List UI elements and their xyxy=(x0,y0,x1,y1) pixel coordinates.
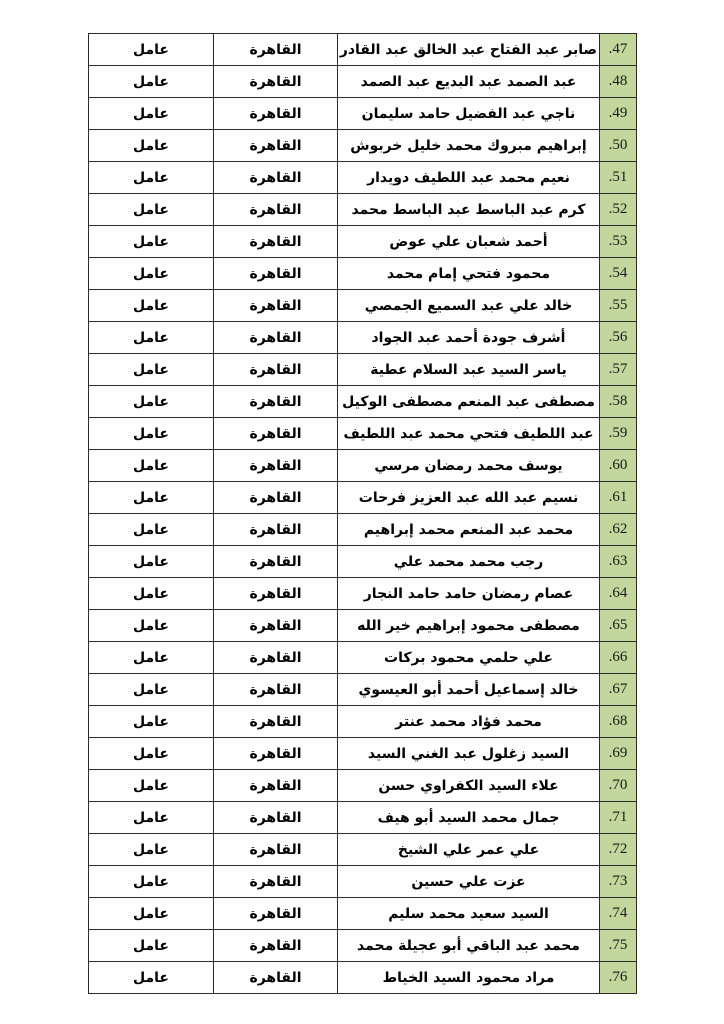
city-cell: القاهرة xyxy=(214,34,338,66)
row-number-cell: .48 xyxy=(600,66,637,98)
role-cell: عامل xyxy=(89,386,214,418)
role-cell: عامل xyxy=(89,642,214,674)
table-row: .69السيد زغلول عبد الغني السيدالقاهرةعام… xyxy=(89,738,637,770)
name-cell: محمد عبد المنعم محمد إبراهيم xyxy=(338,514,600,546)
name-cell: علي عمر علي الشيخ xyxy=(338,834,600,866)
table-row: .60يوسف محمد رمضان مرسيالقاهرةعامل xyxy=(89,450,637,482)
role-cell: عامل xyxy=(89,450,214,482)
table-row: .49ناجي عبد الفضيل حامد سليمانالقاهرةعام… xyxy=(89,98,637,130)
row-number-cell: .54 xyxy=(600,258,637,290)
role-cell: عامل xyxy=(89,418,214,450)
name-cell: السيد سعيد محمد سليم xyxy=(338,898,600,930)
table-row: .51نعيم محمد عبد اللطيف دويدارالقاهرةعام… xyxy=(89,162,637,194)
name-cell: السيد زغلول عبد الغني السيد xyxy=(338,738,600,770)
city-cell: القاهرة xyxy=(214,834,338,866)
name-cell: محمد عبد الباقي أبو عجيلة محمد xyxy=(338,930,600,962)
row-number-cell: .72 xyxy=(600,834,637,866)
row-number-cell: .64 xyxy=(600,578,637,610)
table-row: .67خالد إسماعيل أحمد أبو العيسويالقاهرةع… xyxy=(89,674,637,706)
city-cell: القاهرة xyxy=(214,258,338,290)
table-row: .70علاء السيد الكفراوي حسنالقاهرةعامل xyxy=(89,770,637,802)
row-number-cell: .67 xyxy=(600,674,637,706)
role-cell: عامل xyxy=(89,706,214,738)
city-cell: القاهرة xyxy=(214,290,338,322)
city-cell: القاهرة xyxy=(214,386,338,418)
name-cell: جمال محمد السيد أبو هيف xyxy=(338,802,600,834)
role-cell: عامل xyxy=(89,66,214,98)
table-row: .75محمد عبد الباقي أبو عجيلة محمدالقاهرة… xyxy=(89,930,637,962)
city-cell: القاهرة xyxy=(214,866,338,898)
role-cell: عامل xyxy=(89,194,214,226)
table-row: .47صابر عبد الفتاح عبد الخالق عبد القادر… xyxy=(89,34,637,66)
city-cell: القاهرة xyxy=(214,546,338,578)
table-row: .48عبد الصمد عبد البديع عبد الصمدالقاهرة… xyxy=(89,66,637,98)
name-cell: نسيم عبد الله عبد العزيز فرحات xyxy=(338,482,600,514)
name-cell: عبد الصمد عبد البديع عبد الصمد xyxy=(338,66,600,98)
role-cell: عامل xyxy=(89,834,214,866)
city-cell: القاهرة xyxy=(214,450,338,482)
row-number-cell: .66 xyxy=(600,642,637,674)
city-cell: القاهرة xyxy=(214,482,338,514)
row-number-cell: .73 xyxy=(600,866,637,898)
row-number-cell: .51 xyxy=(600,162,637,194)
role-cell: عامل xyxy=(89,354,214,386)
role-cell: عامل xyxy=(89,226,214,258)
city-cell: القاهرة xyxy=(214,514,338,546)
city-cell: القاهرة xyxy=(214,578,338,610)
name-cell: عبد اللطيف فتحي محمد عبد اللطيف xyxy=(338,418,600,450)
table-row: .57ياسر السيد عبد السلام عطيةالقاهرةعامل xyxy=(89,354,637,386)
table-row: .63رجب محمد محمد عليالقاهرةعامل xyxy=(89,546,637,578)
table-row: .65مصطفى محمود إبراهيم خير اللهالقاهرةعا… xyxy=(89,610,637,642)
name-cell: إبراهيم مبروك محمد خليل خربوش xyxy=(338,130,600,162)
row-number-cell: .56 xyxy=(600,322,637,354)
table-row: .64عصام رمضان حامد حامد النجارالقاهرةعام… xyxy=(89,578,637,610)
row-number-cell: .63 xyxy=(600,546,637,578)
city-cell: القاهرة xyxy=(214,674,338,706)
name-cell: أشرف جودة أحمد عبد الجواد xyxy=(338,322,600,354)
row-number-cell: .76 xyxy=(600,962,637,994)
role-cell: عامل xyxy=(89,674,214,706)
role-cell: عامل xyxy=(89,322,214,354)
role-cell: عامل xyxy=(89,930,214,962)
name-cell: علاء السيد الكفراوي حسن xyxy=(338,770,600,802)
role-cell: عامل xyxy=(89,162,214,194)
role-cell: عامل xyxy=(89,546,214,578)
table-row: .52كرم عبد الباسط عبد الباسط محمدالقاهرة… xyxy=(89,194,637,226)
table-row: .68محمد فؤاد محمد عنترالقاهرةعامل xyxy=(89,706,637,738)
table-row: .61نسيم عبد الله عبد العزيز فرحاتالقاهرة… xyxy=(89,482,637,514)
row-number-cell: .61 xyxy=(600,482,637,514)
name-cell: رجب محمد محمد علي xyxy=(338,546,600,578)
role-cell: عامل xyxy=(89,130,214,162)
city-cell: القاهرة xyxy=(214,66,338,98)
city-cell: القاهرة xyxy=(214,738,338,770)
role-cell: عامل xyxy=(89,738,214,770)
role-cell: عامل xyxy=(89,98,214,130)
document-page: .47صابر عبد الفتاح عبد الخالق عبد القادر… xyxy=(0,0,724,1024)
city-cell: القاهرة xyxy=(214,226,338,258)
name-cell: مصطفى محمود إبراهيم خير الله xyxy=(338,610,600,642)
row-number-cell: .69 xyxy=(600,738,637,770)
row-number-cell: .71 xyxy=(600,802,637,834)
row-number-cell: .70 xyxy=(600,770,637,802)
name-cell: علي حلمي محمود بركات xyxy=(338,642,600,674)
row-number-cell: .65 xyxy=(600,610,637,642)
city-cell: القاهرة xyxy=(214,130,338,162)
table-row: .58مصطفى عبد المنعم مصطفى الوكيلالقاهرةع… xyxy=(89,386,637,418)
table-row: .55خالد علي عبد السميع الجمصيالقاهرةعامل xyxy=(89,290,637,322)
table-row: .74السيد سعيد محمد سليمالقاهرةعامل xyxy=(89,898,637,930)
name-cell: عصام رمضان حامد حامد النجار xyxy=(338,578,600,610)
role-cell: عامل xyxy=(89,482,214,514)
row-number-cell: .62 xyxy=(600,514,637,546)
role-cell: عامل xyxy=(89,290,214,322)
city-cell: القاهرة xyxy=(214,642,338,674)
table-row: .59عبد اللطيف فتحي محمد عبد اللطيفالقاهر… xyxy=(89,418,637,450)
city-cell: القاهرة xyxy=(214,770,338,802)
role-cell: عامل xyxy=(89,258,214,290)
role-cell: عامل xyxy=(89,610,214,642)
city-cell: القاهرة xyxy=(214,610,338,642)
role-cell: عامل xyxy=(89,866,214,898)
name-cell: محمد فؤاد محمد عنتر xyxy=(338,706,600,738)
role-cell: عامل xyxy=(89,802,214,834)
city-cell: القاهرة xyxy=(214,322,338,354)
row-number-cell: .50 xyxy=(600,130,637,162)
row-number-cell: .49 xyxy=(600,98,637,130)
row-number-cell: .74 xyxy=(600,898,637,930)
table-row: .72علي عمر علي الشيخالقاهرةعامل xyxy=(89,834,637,866)
role-cell: عامل xyxy=(89,514,214,546)
table-row: .56أشرف جودة أحمد عبد الجوادالقاهرةعامل xyxy=(89,322,637,354)
name-cell: عزت علي حسين xyxy=(338,866,600,898)
city-cell: القاهرة xyxy=(214,802,338,834)
city-cell: القاهرة xyxy=(214,962,338,994)
city-cell: القاهرة xyxy=(214,930,338,962)
name-cell: نعيم محمد عبد اللطيف دويدار xyxy=(338,162,600,194)
row-number-cell: .55 xyxy=(600,290,637,322)
role-cell: عامل xyxy=(89,962,214,994)
city-cell: القاهرة xyxy=(214,98,338,130)
role-cell: عامل xyxy=(89,578,214,610)
name-cell: مصطفى عبد المنعم مصطفى الوكيل xyxy=(338,386,600,418)
row-number-cell: .47 xyxy=(600,34,637,66)
row-number-cell: .58 xyxy=(600,386,637,418)
name-cell: خالد علي عبد السميع الجمصي xyxy=(338,290,600,322)
name-cell: كرم عبد الباسط عبد الباسط محمد xyxy=(338,194,600,226)
city-cell: القاهرة xyxy=(214,418,338,450)
name-cell: خالد إسماعيل أحمد أبو العيسوي xyxy=(338,674,600,706)
table-row: .54محمود فتحي إمام محمدالقاهرةعامل xyxy=(89,258,637,290)
row-number-cell: .53 xyxy=(600,226,637,258)
name-cell: محمود فتحي إمام محمد xyxy=(338,258,600,290)
name-cell: ناجي عبد الفضيل حامد سليمان xyxy=(338,98,600,130)
row-number-cell: .75 xyxy=(600,930,637,962)
table-row: .76مراد محمود السيد الخياطالقاهرةعامل xyxy=(89,962,637,994)
row-number-cell: .59 xyxy=(600,418,637,450)
table-row: .73عزت علي حسينالقاهرةعامل xyxy=(89,866,637,898)
name-cell: أحمد شعبان علي عوض xyxy=(338,226,600,258)
city-cell: القاهرة xyxy=(214,194,338,226)
name-cell: صابر عبد الفتاح عبد الخالق عبد القادر xyxy=(338,34,600,66)
row-number-cell: .57 xyxy=(600,354,637,386)
row-number-cell: .60 xyxy=(600,450,637,482)
city-cell: القاهرة xyxy=(214,162,338,194)
name-cell: يوسف محمد رمضان مرسي xyxy=(338,450,600,482)
city-cell: القاهرة xyxy=(214,706,338,738)
row-number-cell: .52 xyxy=(600,194,637,226)
city-cell: القاهرة xyxy=(214,354,338,386)
role-cell: عامل xyxy=(89,770,214,802)
table-row: .53أحمد شعبان علي عوضالقاهرةعامل xyxy=(89,226,637,258)
table-body: .47صابر عبد الفتاح عبد الخالق عبد القادر… xyxy=(89,34,637,994)
table-row: .71جمال محمد السيد أبو هيفالقاهرةعامل xyxy=(89,802,637,834)
role-cell: عامل xyxy=(89,34,214,66)
table-row: .62محمد عبد المنعم محمد إبراهيمالقاهرةعا… xyxy=(89,514,637,546)
role-cell: عامل xyxy=(89,898,214,930)
name-cell: مراد محمود السيد الخياط xyxy=(338,962,600,994)
row-number-cell: .68 xyxy=(600,706,637,738)
name-cell: ياسر السيد عبد السلام عطية xyxy=(338,354,600,386)
table-row: .50إبراهيم مبروك محمد خليل خربوشالقاهرةع… xyxy=(89,130,637,162)
workers-roster-table: .47صابر عبد الفتاح عبد الخالق عبد القادر… xyxy=(88,33,637,994)
city-cell: القاهرة xyxy=(214,898,338,930)
table-row: .66علي حلمي محمود بركاتالقاهرةعامل xyxy=(89,642,637,674)
